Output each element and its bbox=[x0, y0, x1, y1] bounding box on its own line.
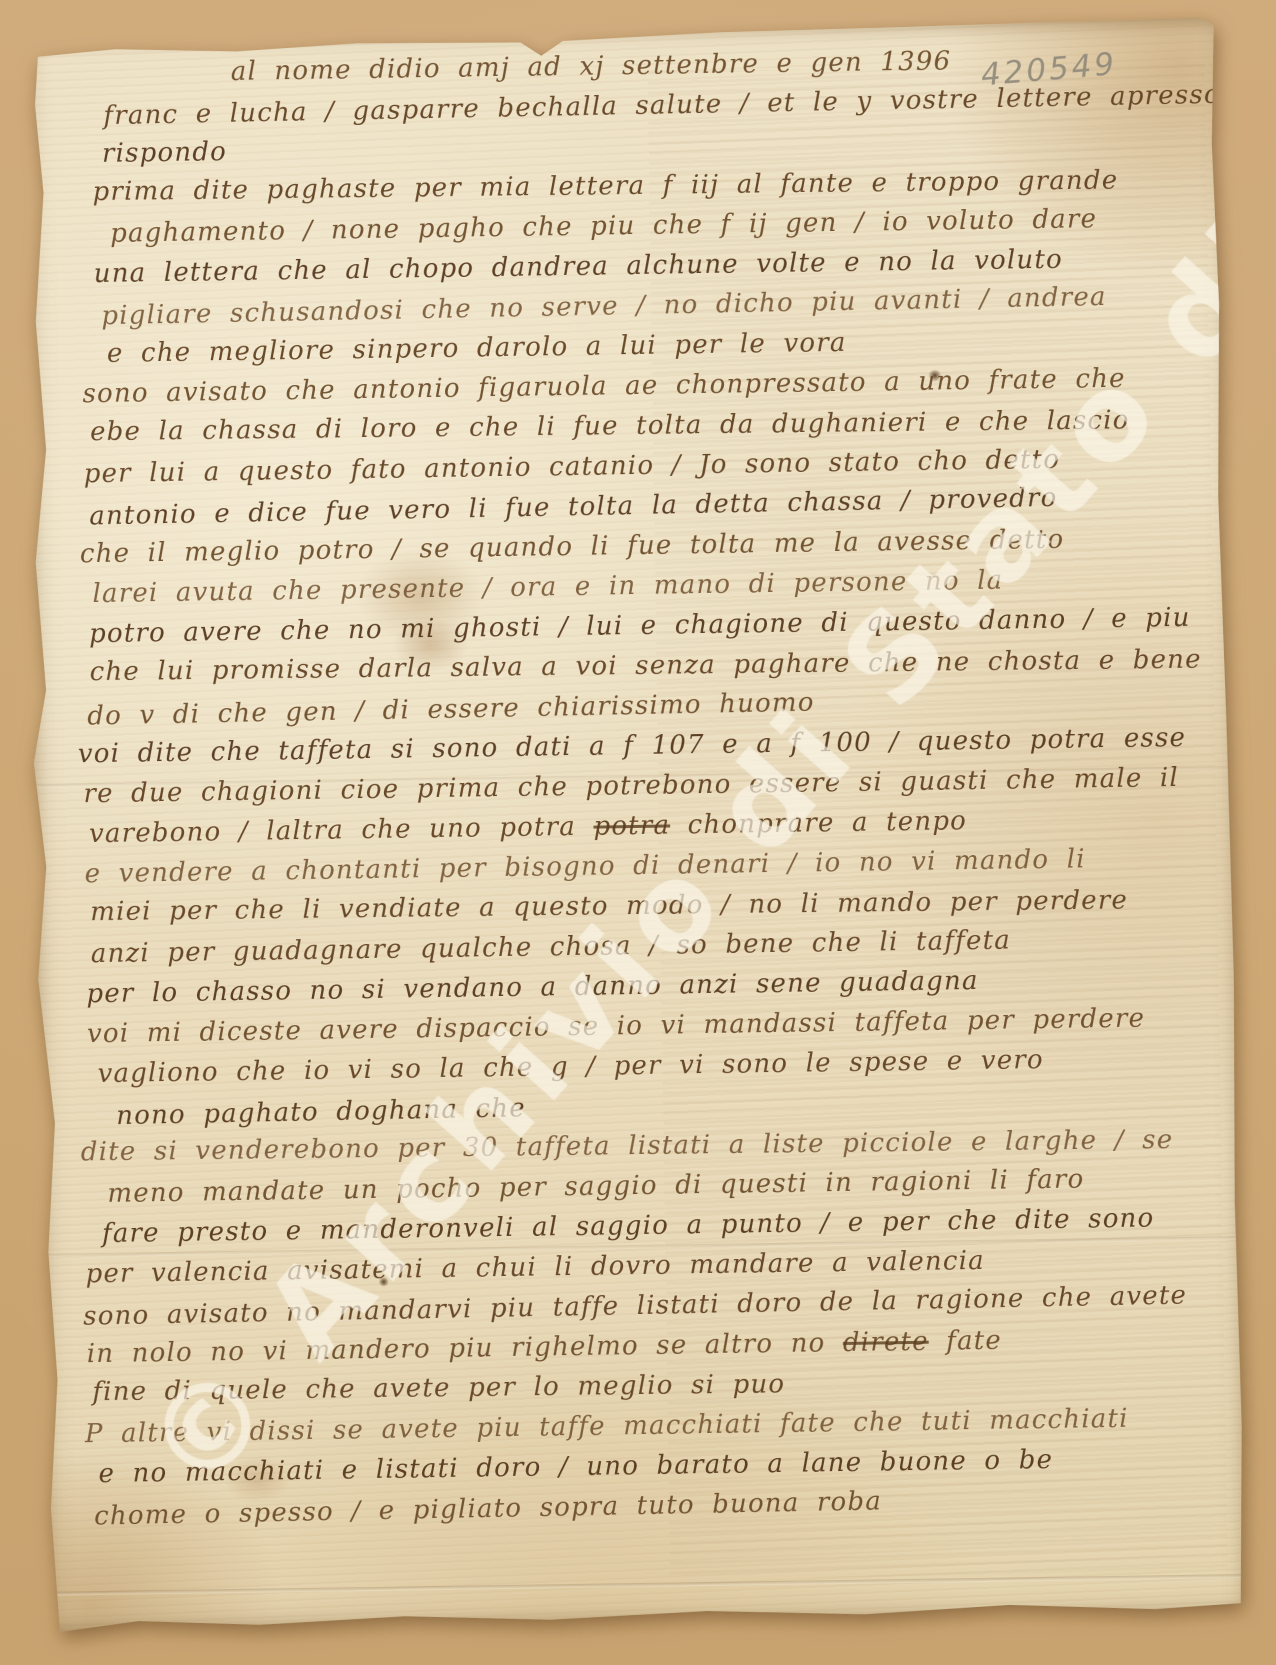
line-words: chome o spesso / e pigliato sopra tuto b… bbox=[94, 1486, 882, 1531]
struck-words: potra bbox=[593, 810, 670, 841]
line-words: al nome didio amj ad xj settenbre e gen … bbox=[231, 46, 952, 87]
line-words: fate bbox=[928, 1326, 1002, 1357]
line-words: fine di quele che avete per lo meglio si… bbox=[92, 1369, 785, 1407]
struck-words: direte bbox=[843, 1327, 929, 1358]
line-words: rispondo bbox=[102, 137, 227, 169]
line-words: nono paghato doghana che bbox=[116, 1093, 526, 1131]
line-words: chonprare a tenpo bbox=[670, 806, 967, 840]
line-words: varebono / laltra che uno potra bbox=[89, 812, 594, 849]
manuscript-paper-wrapper: al nome didio amj ad xj settenbre e gen … bbox=[18, 15, 1252, 1637]
letter-text: al nome didio amj ad xj settenbre e gen … bbox=[64, 38, 1197, 1616]
line-words: e che megliore sinpero darolo a lui per … bbox=[107, 328, 847, 369]
line-words: in nolo no vi mandero piu righelmo se al… bbox=[87, 1328, 844, 1369]
scan-viewport: { "scan": { "background_color": "#cda877… bbox=[0, 0, 1276, 1665]
manuscript-paper: al nome didio amj ad xj settenbre e gen … bbox=[18, 15, 1252, 1637]
